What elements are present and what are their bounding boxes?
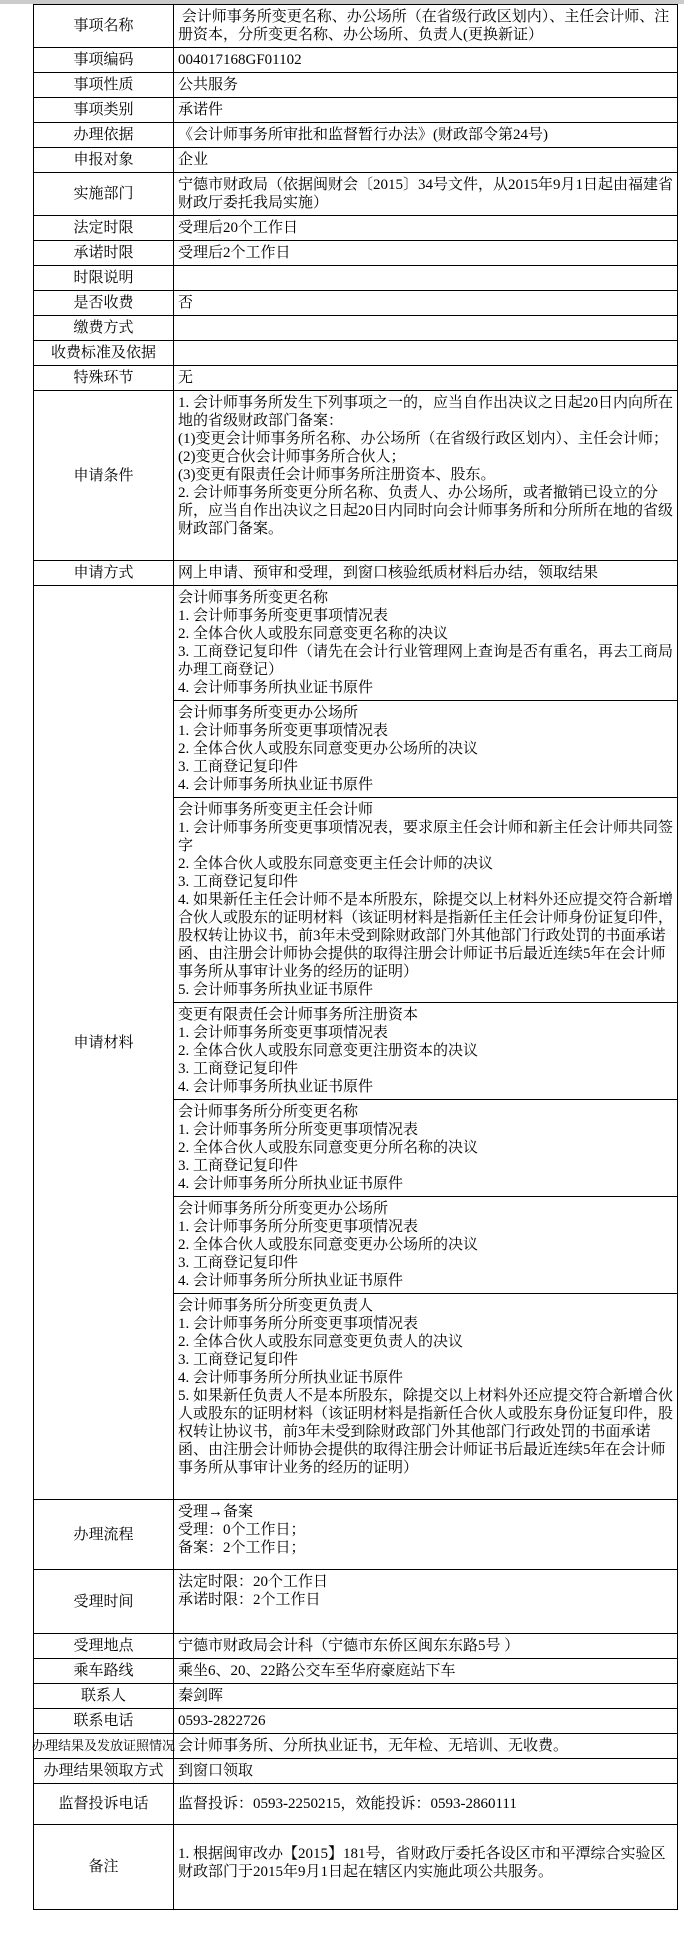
row-item-category-label: 事项类别 [34, 98, 174, 122]
service-info-table: 事项名称 会计师事务所变更名称、办公场所（在省级行政区划内）、主任会计师、注册资… [33, 4, 678, 1910]
row-item-code-value: 004017168GF01102 [174, 48, 677, 72]
row-time-limit-note: 时限说明 [34, 265, 677, 290]
row-statutory-time-limit-label: 法定时限 [34, 216, 174, 240]
row-bus-route: 乘车路线 乘坐6、20、22路公交车至华府豪庭站下车 [34, 1658, 677, 1683]
row-statutory-time-limit: 法定时限 受理后20个工作日 [34, 215, 677, 240]
row-item-nature-value: 公共服务 [174, 73, 677, 97]
row-fee-standard: 收费标准及依据 [34, 340, 677, 365]
row-result-pickup: 办理结果领取方式 到窗口领取 [34, 1758, 677, 1783]
row-payment-method-label: 缴费方式 [34, 316, 174, 340]
row-acceptance-time-label: 受理时间 [34, 1570, 174, 1633]
row-applicant-type-value: 企业 [174, 148, 677, 172]
material-block-branch-change-head: 会计师事务所分所变更负责人 1. 会计师事务所分所变更事项情况表 2. 全体合伙… [174, 1293, 677, 1499]
row-acceptance-place-value: 宁德市财政局会计科（宁德市东侨区闽东东路5号 ） [174, 1634, 677, 1658]
row-special-step-label: 特殊环节 [34, 366, 174, 390]
row-time-limit-note-label: 时限说明 [34, 266, 174, 290]
row-item-name-label: 事项名称 [34, 5, 174, 47]
row-result-certificate-label: 办理结果及发放证照情况 [34, 1734, 174, 1758]
row-contact-person-value: 秦剑晖 [174, 1684, 677, 1708]
row-contact-phone: 联系电话 0593-2822726 [34, 1708, 677, 1733]
material-block-branch-change-office: 会计师事务所分所变更办公场所 1. 会计师事务所分所变更事项情况表 2. 全体合… [174, 1196, 677, 1293]
row-legal-basis-label: 办理依据 [34, 123, 174, 147]
row-acceptance-time-value: 法定时限：20个工作日 承诺时限：2个工作日 [174, 1570, 677, 1633]
row-result-certificate-value: 会计师事务所、分所执业证书，无年检、无培训、无收费。 [174, 1734, 677, 1758]
row-implementing-dept: 实施部门 宁德市财政局（依据闽财会〔2015〕34号文件，从2015年9月1日起… [34, 172, 677, 215]
application-materials-stack: 会计师事务所变更名称 1. 会计师事务所变更事项情况表 2. 全体合伙人或股东同… [174, 586, 677, 1499]
row-bus-route-value: 乘坐6、20、22路公交车至华府豪庭站下车 [174, 1659, 677, 1683]
row-acceptance-place-label: 受理地点 [34, 1634, 174, 1658]
row-implementing-dept-value: 宁德市财政局（依据闽财会〔2015〕34号文件，从2015年9月1日起由福建省财… [174, 173, 677, 215]
row-application-materials-label: 申请材料 [34, 586, 174, 1499]
row-process-flow-label: 办理流程 [34, 1500, 174, 1569]
material-block-branch-change-name: 会计师事务所分所变更名称 1. 会计师事务所分所变更事项情况表 2. 全体合伙人… [174, 1099, 677, 1196]
row-time-limit-note-value [174, 266, 677, 290]
row-legal-basis: 办理依据 《会计师事务所审批和监督暂行办法》(财政部令第24号) [34, 122, 677, 147]
row-applicant-type: 申报对象 企业 [34, 147, 677, 172]
row-application-conditions-value: 1. 会计师事务所发生下列事项之一的，应当自作出决议之日起20日内向所在地的省级… [174, 391, 677, 560]
row-item-nature: 事项性质 公共服务 [34, 72, 677, 97]
row-application-method-value: 网上申请、预审和受理，到窗口核验纸质材料后办结，领取结果 [174, 561, 677, 585]
row-contact-person: 联系人 秦剑晖 [34, 1683, 677, 1708]
material-block-change-name: 会计师事务所变更名称 1. 会计师事务所变更事项情况表 2. 全体合伙人或股东同… [174, 586, 677, 700]
row-bus-route-label: 乘车路线 [34, 1659, 174, 1683]
material-block-change-registered-capital: 变更有限责任会计师事务所注册资本 1. 会计师事务所变更事项情况表 2. 全体合… [174, 1002, 677, 1099]
material-block-change-office: 会计师事务所变更办公场所 1. 会计师事务所变更事项情况表 2. 全体合伙人或股… [174, 700, 677, 797]
row-item-code: 事项编码 004017168GF01102 [34, 47, 677, 72]
row-result-pickup-label: 办理结果领取方式 [34, 1759, 174, 1783]
row-item-nature-label: 事项性质 [34, 73, 174, 97]
row-legal-basis-value: 《会计师事务所审批和监督暂行办法》(财政部令第24号) [174, 123, 677, 147]
row-implementing-dept-label: 实施部门 [34, 173, 174, 215]
row-remarks-label: 备注 [34, 1825, 174, 1909]
row-result-certificate: 办理结果及发放证照情况 会计师事务所、分所执业证书，无年检、无培训、无收费。 [34, 1733, 677, 1758]
row-application-conditions-label: 申请条件 [34, 391, 174, 560]
row-item-code-label: 事项编码 [34, 48, 174, 72]
row-complaint-phone-value: 监督投诉：0593-2250215，效能投诉：0593-2860111 [174, 1784, 677, 1824]
row-item-category-value: 承诺件 [174, 98, 677, 122]
row-application-materials: 申请材料 会计师事务所变更名称 1. 会计师事务所变更事项情况表 2. 全体合伙… [34, 585, 677, 1499]
row-statutory-time-limit-value: 受理后20个工作日 [174, 216, 677, 240]
row-process-flow: 办理流程 受理→备案 受理：0个工作日； 备案：2个工作日； [34, 1499, 677, 1569]
row-contact-phone-value: 0593-2822726 [174, 1709, 677, 1733]
row-fee-required-value: 否 [174, 291, 677, 315]
material-block-change-chief-accountant: 会计师事务所变更主任会计师 1. 会计师事务所变更事项情况表，要求原主任会计师和… [174, 797, 677, 1002]
row-payment-method: 缴费方式 [34, 315, 677, 340]
row-application-conditions: 申请条件 1. 会计师事务所发生下列事项之一的，应当自作出决议之日起20日内向所… [34, 390, 677, 560]
row-item-category: 事项类别 承诺件 [34, 97, 677, 122]
row-result-pickup-value: 到窗口领取 [174, 1759, 677, 1783]
row-fee-standard-label: 收费标准及依据 [34, 341, 174, 365]
row-payment-method-value [174, 316, 677, 340]
row-application-method-label: 申请方式 [34, 561, 174, 585]
row-remarks: 备注 1. 根据闽审改办【2015】181号，省财政厅委托各设区市和平潭综合实验… [34, 1824, 677, 1909]
row-contact-person-label: 联系人 [34, 1684, 174, 1708]
row-item-name-value: 会计师事务所变更名称、办公场所（在省级行政区划内）、主任会计师、注册资本，分所变… [174, 5, 677, 47]
row-promised-time-limit-label: 承诺时限 [34, 241, 174, 265]
row-application-method: 申请方式 网上申请、预审和受理，到窗口核验纸质材料后办结，领取结果 [34, 560, 677, 585]
row-special-step-value: 无 [174, 366, 677, 390]
row-promised-time-limit-value: 受理后2个工作日 [174, 241, 677, 265]
row-acceptance-time: 受理时间 法定时限：20个工作日 承诺时限：2个工作日 [34, 1569, 677, 1633]
row-promised-time-limit: 承诺时限 受理后2个工作日 [34, 240, 677, 265]
row-item-name: 事项名称 会计师事务所变更名称、办公场所（在省级行政区划内）、主任会计师、注册资… [34, 5, 677, 47]
row-remarks-value: 1. 根据闽审改办【2015】181号，省财政厅委托各设区市和平潭综合实验区财政… [174, 1825, 677, 1909]
row-applicant-type-label: 申报对象 [34, 148, 174, 172]
row-fee-standard-value [174, 341, 677, 365]
row-complaint-phone: 监督投诉电话 监督投诉：0593-2250215，效能投诉：0593-28601… [34, 1783, 677, 1824]
row-fee-required: 是否收费 否 [34, 290, 677, 315]
row-acceptance-place: 受理地点 宁德市财政局会计科（宁德市东侨区闽东东路5号 ） [34, 1633, 677, 1658]
row-complaint-phone-label: 监督投诉电话 [34, 1784, 174, 1824]
row-special-step: 特殊环节 无 [34, 365, 677, 390]
row-process-flow-value: 受理→备案 受理：0个工作日； 备案：2个工作日； [174, 1500, 677, 1569]
row-fee-required-label: 是否收费 [34, 291, 174, 315]
row-contact-phone-label: 联系电话 [34, 1709, 174, 1733]
